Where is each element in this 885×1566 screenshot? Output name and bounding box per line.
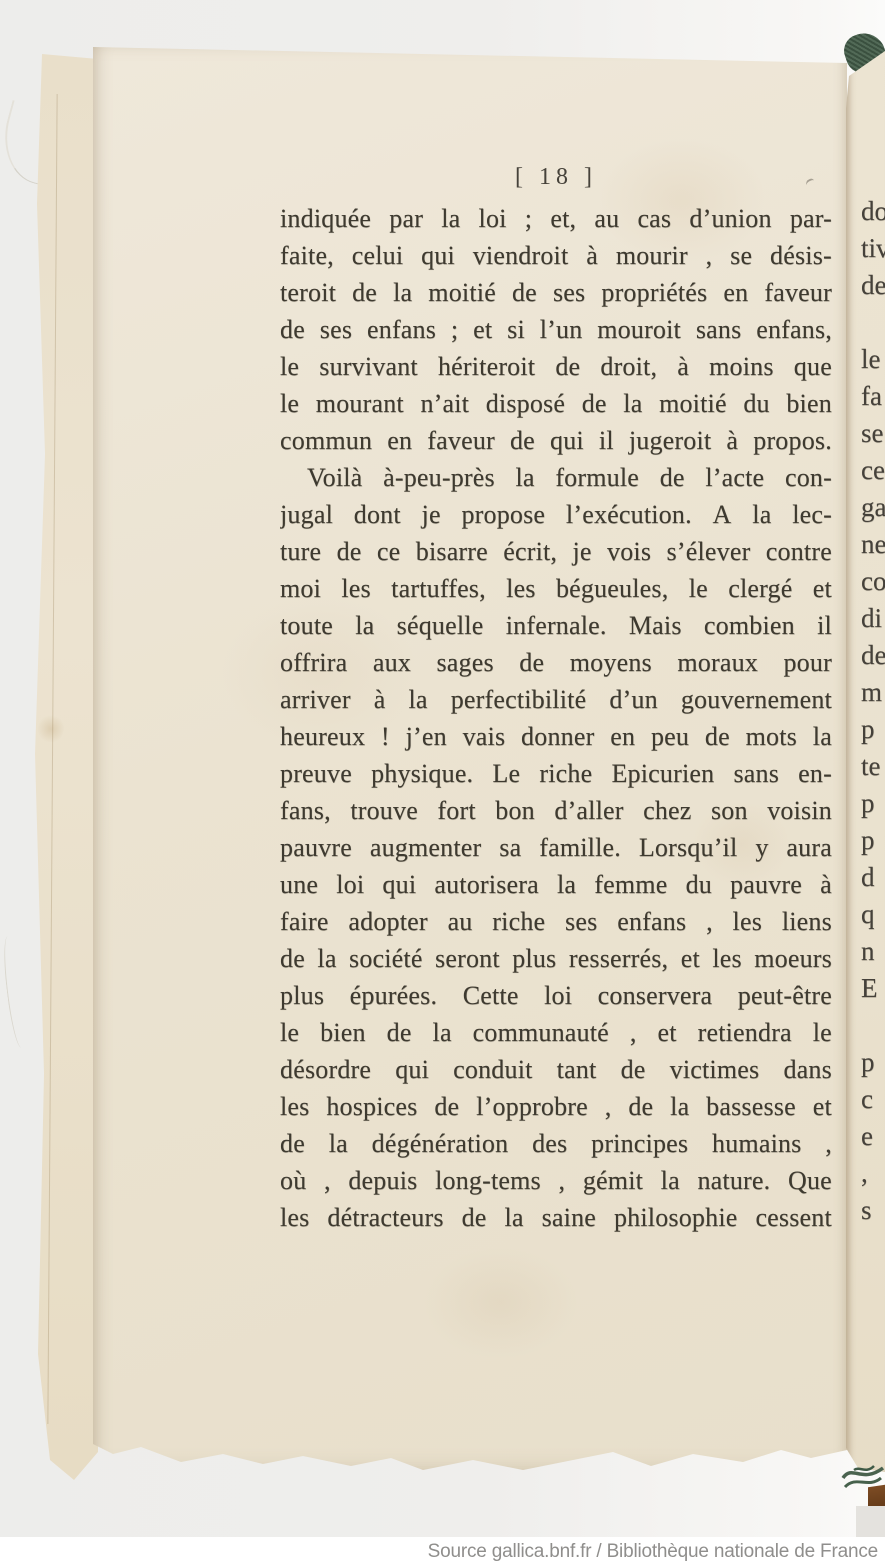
- adjacent-line-fragment: fa: [861, 381, 885, 418]
- text-line: delasociétéserontplusresserrés,etlesmoeu…: [280, 944, 832, 981]
- text-line: leshospicesdel’opprobre,delabassesseet: [280, 1092, 832, 1129]
- adjacent-line-fragment: p: [861, 788, 885, 825]
- adjacent-line-fragment: do: [861, 196, 885, 233]
- adjacent-line-fragment: [861, 307, 885, 344]
- adjacent-line-fragment: d: [861, 862, 885, 899]
- adjacent-line-fragment: p: [861, 825, 885, 862]
- page-text-block: indiquéeparlaloi;et,aucasd’unionpar-fait…: [280, 204, 832, 1240]
- text-line: lesurvivanthériteroitdedroit,àmoinsque: [280, 352, 832, 389]
- adjacent-line-fragment: p: [861, 714, 885, 751]
- text-line: jugaldontjeproposel’exécution.Alalec-: [280, 500, 832, 537]
- adjacent-line-fragment: m: [861, 677, 885, 714]
- page-number: [ 18 ]: [280, 164, 832, 191]
- text-line: indiquéeparlaloi;et,aucasd’unionpar-: [280, 204, 832, 241]
- text-line: lemourantn’aitdisposédelamoitiédubien: [280, 389, 832, 426]
- text-line: faireadopteraurichesesenfans,lesliens: [280, 907, 832, 944]
- adjacent-line-fragment: de: [861, 270, 885, 307]
- text-line: faite,celuiquiviendroitàmourir,sedésis-: [280, 241, 832, 278]
- adjacent-line-fragment: co: [861, 566, 885, 603]
- adjacent-line-fragment: e: [861, 1121, 885, 1158]
- text-line: Voilàà-peu-prèslaformuledel’actecon-: [280, 463, 832, 500]
- text-line: lebiendelacommunauté,etretiendrale: [280, 1018, 832, 1055]
- text-line: plusépurées.Cetteloiconserverapeut-être: [280, 981, 832, 1018]
- text-line: heureux!j’envaisdonnerenpeudemotsla: [280, 722, 832, 759]
- text-line: turedecebisarreécrit,jevoiss’élevercontr…: [280, 537, 832, 574]
- under-page-edge: [30, 54, 98, 1480]
- text-line: pauvreaugmentersafamille.Lorsqu’ilyaura: [280, 833, 832, 870]
- adjacent-line-fragment: q: [861, 899, 885, 936]
- adjacent-line-fragment: se: [861, 418, 885, 455]
- text-line: arriveràlaperfectibilitéd’ungouvernement: [280, 685, 832, 722]
- adjacent-line-fragment: s: [861, 1195, 885, 1232]
- text-line: deladégénérationdesprincipeshumains,: [280, 1129, 832, 1166]
- text-line: où,depuislong-tems,gémitlanature.Que: [280, 1166, 832, 1203]
- adjacent-line-fragment: de: [861, 640, 885, 677]
- adjacent-line-fragment: te: [861, 751, 885, 788]
- source-credit-text: Source gallica.bnf.fr / Bibliothèque nat…: [428, 1541, 878, 1563]
- adjacent-line-fragment: [861, 1010, 885, 1047]
- text-line: teroitdelamoitiédesespropriétésenfaveur: [280, 278, 832, 315]
- adjacent-line-fragment: le: [861, 344, 885, 381]
- adjacent-line-fragment: n: [861, 936, 885, 973]
- adjacent-line-fragment: ,: [861, 1158, 885, 1195]
- adjacent-line-fragment: ce: [861, 455, 885, 492]
- source-footer: Source gallica.bnf.fr / Bibliothèque nat…: [0, 1537, 885, 1566]
- paper-fiber: [0, 936, 29, 1049]
- adjacent-page-text-fragments: dotivdelefaseceganecodidempteppdqnEpce,s: [861, 196, 885, 1232]
- adjacent-line-fragment: tiv: [861, 233, 885, 270]
- text-line: moilestartuffes,lesbégueules,leclergéet: [280, 574, 832, 611]
- adjacent-line-fragment: p: [861, 1047, 885, 1084]
- adjacent-line-fragment: ne: [861, 529, 885, 566]
- text-line: fans,trouvefortbond’allerchezsonvoisin: [280, 796, 832, 833]
- text-line: uneloiquiautoriseralafemmedupauvreà: [280, 870, 832, 907]
- adjacent-line-fragment: ga: [861, 492, 885, 529]
- scan-viewport: [ 18 ] indiquéeparlaloi;et,aucasd’unionp…: [0, 0, 885, 1566]
- cover-shadow-edge: [856, 1506, 885, 1539]
- adjacent-line-fragment: E: [861, 973, 885, 1010]
- book-page: [ 18 ] indiquéeparlaloi;et,aucasd’unionp…: [93, 42, 847, 1474]
- text-line: communenfaveurdequiiljugeroitàpropos.: [280, 426, 832, 463]
- adjacent-line-fragment: c: [861, 1084, 885, 1121]
- text-line: preuvephysique.LericheEpicuriensansen-: [280, 759, 832, 796]
- adjacent-line-fragment: di: [861, 603, 885, 640]
- text-line: desesenfans;etsil’unmouroitsansenfans,: [280, 315, 832, 352]
- adjacent-page-edge: dotivdelefaseceganecodidempteppdqnEpce,s: [846, 46, 885, 1472]
- text-line: désordrequiconduittantdevictimesdans: [280, 1055, 832, 1092]
- text-line: lesdétracteursdelasainephilosophiecessen…: [280, 1203, 832, 1240]
- text-line: toutelaséquelleinfernale.Maiscombienil: [280, 611, 832, 648]
- text-line: offriraauxsagesdemoyensmorauxpour: [280, 648, 832, 685]
